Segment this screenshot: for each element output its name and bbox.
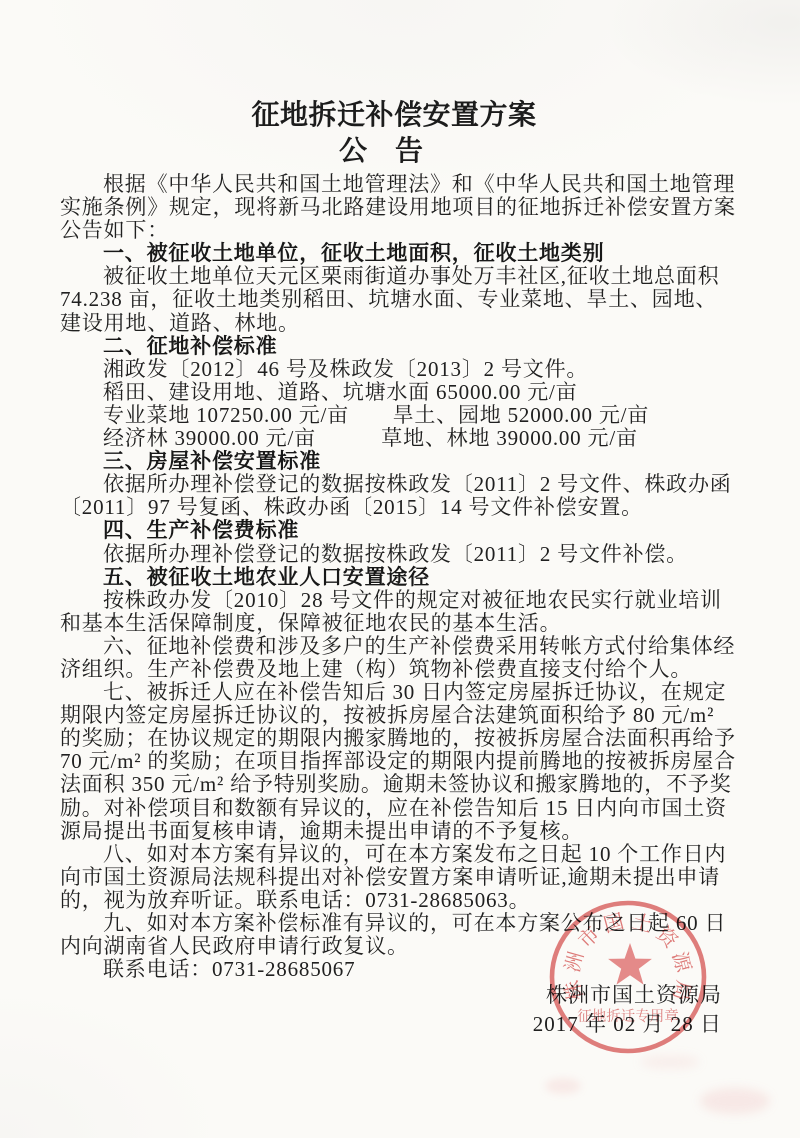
text-line: 被征收土地单位天元区栗雨街道办事处万丰社区,征收土地总面积 (60, 265, 800, 288)
text-line: 70 元/m² 的奖励；在项目指挥部设定的期限内提前腾地的按被拆房屋合 (60, 750, 800, 773)
text-line: 励。对补偿项目和数额有异议的，应在补偿告知后 15 日内向市国土资 (60, 797, 800, 820)
section-heading: 四、生产补偿费标准 (60, 519, 800, 542)
text-line: 联系电话：0731-28685067 (60, 958, 800, 981)
text-line: 内向湖南省人民政府申请行政复议。 (60, 935, 800, 958)
text-line: 依据所办理补偿登记的数据按株政发〔2011〕2 号文件、株政办函 (60, 473, 800, 496)
text-line: 专业菜地 107250.00 元/亩 旱土、园地 52000.00 元/亩 (60, 404, 800, 427)
text-line: 向市国土资源局法规科提出对补偿安置方案申请听证,逾期未提出申请 (60, 866, 800, 889)
text-line: 稻田、建设用地、道路、坑塘水面 65000.00 元/亩 (60, 381, 800, 404)
text-line: 的奖励；在协议规定的期限内搬家腾地的，按被拆房屋合法面积再给予 (60, 727, 800, 750)
text-line: 建设用地、道路、林地。 (60, 312, 800, 335)
ink-smudge (545, 1078, 581, 1094)
document-body: 根据《中华人民共和国土地管理法》和《中华人民共和国土地管理实施条例》规定，现将新… (0, 173, 800, 981)
issuing-authority: 株洲市国土资源局 (0, 982, 722, 1009)
text-line: 的，视为放弃听证。联系电话：0731-28685063。 (60, 889, 800, 912)
text-line: 源局提出书面复核申请，逾期未提出申请的不予复核。 (60, 820, 800, 843)
text-line: 法面积 350 元/m² 给予特别奖励。逾期未签协议和搬家腾地的，不予奖 (60, 773, 800, 796)
text-line: 八、如对本方案有异议的，可在本方案发布之日起 10 个工作日内 (60, 843, 800, 866)
signature-block: 株洲市国土资源局 2017 年 02 月 28 日 (0, 982, 800, 1039)
text-line: 期限内签定房屋拆迁协议的，按被拆房屋合法建筑面积给予 80 元/m² (60, 704, 800, 727)
ink-smudge (700, 1088, 770, 1114)
text-line: 经济林 39000.00 元/亩 草地、林地 39000.00 元/亩 (60, 427, 800, 450)
text-line: 根据《中华人民共和国土地管理法》和《中华人民共和国土地管理 (60, 173, 800, 196)
text-line: 74.238 亩，征收土地类别稻田、坑塘水面、专业菜地、旱土、园地、 (60, 288, 800, 311)
scanned-document-page: 征地拆迁补偿安置方案 公 告 根据《中华人民共和国土地管理法》和《中华人民共和国… (0, 0, 800, 1138)
text-line: 按株政办发〔2010〕28 号文件的规定对被征地农民实行就业培训 (60, 589, 800, 612)
document-title: 征地拆迁补偿安置方案 (0, 0, 794, 134)
text-line: 依据所办理补偿登记的数据按株政发〔2011〕2 号文件补偿。 (60, 543, 800, 566)
section-heading: 三、房屋补偿安置标准 (60, 450, 800, 473)
text-line: 济组织。生产补偿费及地上建（构）筑物补偿费直接支付给个人。 (60, 658, 800, 681)
text-line: 和基本生活保障制度，保障被征地农民的基本生活。 (60, 612, 800, 635)
text-line: 公告如下： (60, 219, 800, 242)
text-line: 实施条例》规定，现将新马北路建设用地项目的征地拆迁补偿安置方案 (60, 196, 800, 219)
section-heading: 五、被征收土地农业人口安置途径 (60, 566, 800, 589)
document-subtitle: 公 告 (0, 134, 781, 170)
text-line: 七、被拆迁人应在补偿告知后 30 日内签定房屋拆迁协议，在规定 (60, 681, 800, 704)
text-line: 湘政发〔2012〕46 号及株政发〔2013〕2 号文件。 (60, 358, 800, 381)
text-line: 六、征地补偿费和涉及多户的生产补偿费采用转帐方式付给集体经 (60, 635, 800, 658)
text-line: 九、如对本方案补偿标准有异议的，可在本方案公布之日起 60 日 (60, 912, 800, 935)
section-heading: 二、征地补偿标准 (60, 335, 800, 358)
text-line: 〔2011〕97 号复函、株政办函〔2015〕14 号文件补偿安置。 (60, 496, 800, 519)
ink-smudge (640, 1055, 700, 1069)
issue-date: 2017 年 02 月 28 日 (0, 1009, 722, 1039)
section-heading: 一、被征收土地单位，征收土地面积，征收土地类别 (60, 242, 800, 265)
